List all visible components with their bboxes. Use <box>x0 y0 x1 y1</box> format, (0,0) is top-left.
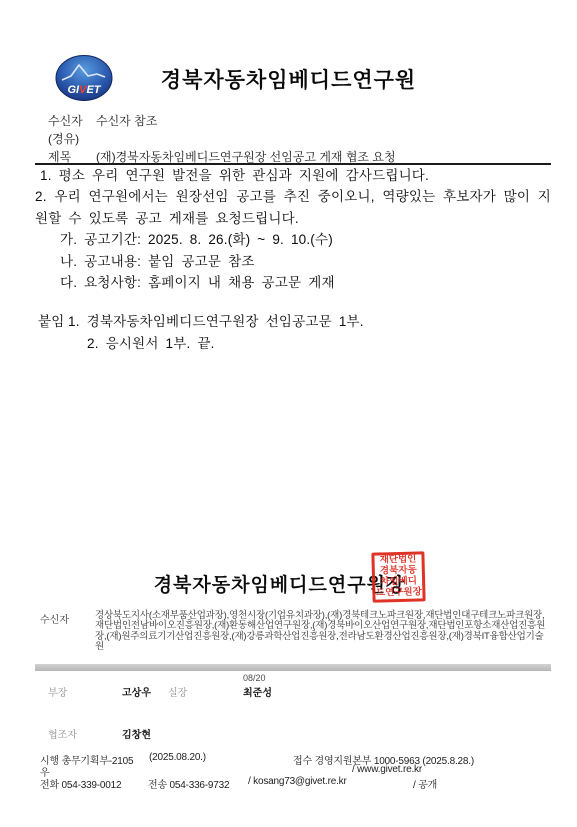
official-document-page: GIVET 경북자동차임베디드연구원 수신자 수신자 참조 (경유) 제목 (재… <box>0 0 577 827</box>
distribution-list: 경상북도지사(소재부품산업과장),영천시장(기업유치과장),(재)경북테크노파크… <box>95 611 550 653</box>
manager-name: 고상우 <box>122 684 151 699</box>
body-item-da: 다. 요청사항: 홈페이지 내 채용 공고문 게재 <box>35 272 551 293</box>
signature-title: 경북자동차임베디드연구원장 <box>0 570 568 597</box>
attachment-item-2: 2. 응시원서 1부. 끝. <box>68 333 551 354</box>
distribution-label: 수신자 <box>40 611 69 626</box>
fax-number: 전송 054-336-9732 <box>148 776 229 791</box>
manager-label: 부장 <box>48 684 67 699</box>
official-seal-stamp: 재단법인 경북자동 차임베디 드연구원장 <box>371 551 425 602</box>
recipient-row: 수신자 수신자 참조 <box>48 112 548 130</box>
attachment-label: 붙임 <box>38 311 68 354</box>
document-meta: 수신자 수신자 참조 (경유) 제목 (재)경북자동차임베디드연구원장 선임공고… <box>48 112 548 166</box>
attachment-block: 붙임 1. 경북자동차임베디드연구원장 선임공고문 1부. 2. 응시원서 1부… <box>35 311 551 354</box>
attachment-item-1: 1. 경북자동차임베디드연구원장 선임공고문 1부. <box>68 311 551 332</box>
recipient-label: 수신자 <box>48 112 96 130</box>
email-address: / kosang73@givet.re.kr <box>248 776 347 787</box>
document-body: 1. 평소 우리 연구원 발전을 위한 관심과 지원에 감사드립니다. 2. 우… <box>35 165 551 354</box>
body-item-na: 나. 공고내용: 붙임 공고문 참조 <box>35 251 551 272</box>
director-name: 최준성 <box>243 684 272 699</box>
seal-row: 드연구원장 <box>376 587 422 599</box>
via-row: (경유) <box>48 130 548 148</box>
via-label: (경유) <box>48 130 96 148</box>
body-paragraph-1: 1. 평소 우리 연구원 발전을 위한 관심과 지원에 감사드립니다. <box>35 165 551 186</box>
recipient-value: 수신자 참조 <box>96 112 157 130</box>
approval-date-stamp: 08/20 <box>243 673 266 683</box>
attachment-lines: 1. 경북자동차임베디드연구원장 선임공고문 1부. 2. 응시원서 1부. 끝… <box>68 311 551 354</box>
body-item-ga: 가. 공고기간: 2025. 8. 26.(화) ~ 9. 10.(수) <box>35 229 551 250</box>
phone-number: 전화 054-339-0012 <box>40 776 121 791</box>
org-title: 경북자동차임베디드연구원 <box>0 64 577 94</box>
website-url: / www.givet.re.kr <box>352 764 422 775</box>
cooperator-label: 협조자 <box>48 726 77 741</box>
disclosure-status: / 공개 <box>413 776 437 791</box>
separator-bar <box>35 664 551 671</box>
enforce-date: (2025.08.20.) <box>149 752 206 763</box>
cooperator-name: 김창현 <box>122 726 151 741</box>
director-label: 실장 <box>168 684 187 699</box>
body-paragraph-2: 2. 우리 연구원에서는 원장선임 공고를 추진 중이오니, 역량있는 후보자가… <box>35 186 551 229</box>
enforce-number: 시행 총무기획부-2105 <box>40 752 133 767</box>
